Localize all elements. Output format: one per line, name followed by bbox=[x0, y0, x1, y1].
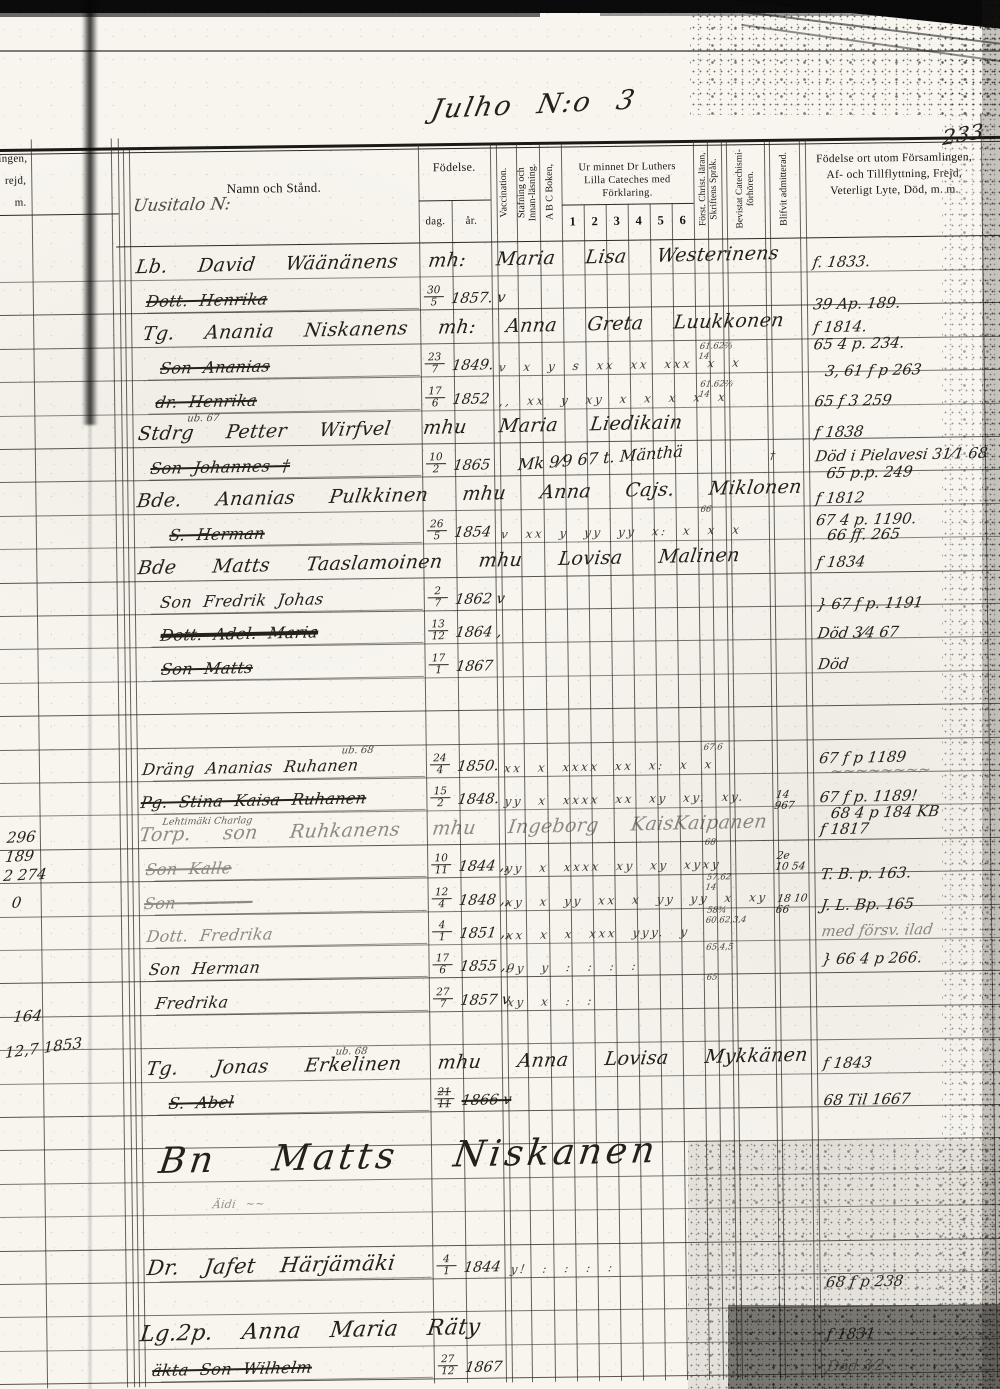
entry-birth-year: 1855 ,, bbox=[459, 958, 512, 975]
entry-name: Dr. Jafet Härjämäki bbox=[146, 1251, 397, 1280]
column-rule bbox=[118, 138, 135, 1387]
entry-birth-day: 152 bbox=[430, 786, 450, 808]
facing-page-fragment: lingen, rejd, m. bbox=[0, 148, 27, 214]
entry-note: med försv. ilad bbox=[820, 920, 934, 940]
entry-name: Dräng Ananias Ruhanen bbox=[141, 755, 360, 779]
column-header-vaccination: Vaccination. bbox=[499, 148, 511, 238]
entry-birth-year: 1864 , bbox=[454, 624, 502, 641]
margin-note: 164 bbox=[12, 1006, 43, 1025]
column-rule bbox=[31, 140, 48, 1389]
entry-name: Son Matts bbox=[160, 658, 254, 679]
entry-birth-day: 41 bbox=[436, 1254, 456, 1276]
entry-birth-year: 1867 bbox=[455, 658, 494, 675]
entry-birth-day: 237 bbox=[425, 352, 445, 374]
page-title: Julho N:o 3 bbox=[429, 85, 640, 126]
catechism-subcolumn-6: 6 bbox=[672, 205, 694, 237]
entry-catechism-exam-dates: 68 bbox=[704, 838, 749, 848]
entry-birth-year: 1857 v bbox=[459, 992, 511, 1009]
entry-birth-year: 1848. bbox=[457, 791, 501, 808]
entry-birth-year: 1844 bbox=[463, 1259, 502, 1276]
column-header-birth: Födelse. bbox=[418, 160, 490, 176]
entry-birth-day: 27 bbox=[428, 586, 448, 608]
entry-name: Pg. Stina Kaisa Ruhanen bbox=[140, 788, 368, 812]
entry-admitted-mark: † bbox=[769, 450, 811, 462]
scan-horizontal-line bbox=[0, 50, 1000, 52]
entry-catechism-exam-dates: 58¾ 60.62,3,4 bbox=[705, 906, 752, 926]
entry-note: f 1817 bbox=[819, 819, 870, 838]
entry-birth-day: 102 bbox=[426, 452, 446, 474]
entry-note: f 1843 bbox=[822, 1053, 873, 1072]
entry-birth-day: 2712 bbox=[438, 1354, 458, 1376]
catechism-subcolumn-2: 2 bbox=[584, 206, 606, 238]
column-header-spelling: Stafning och Innan-läsning. bbox=[516, 147, 538, 237]
catechism-subcolumn-4: 4 bbox=[628, 205, 650, 237]
entry-name: Son Herman bbox=[148, 958, 262, 979]
entry-birth-day: 265 bbox=[427, 519, 447, 541]
entry-note: } 67 f p. 1191 bbox=[816, 593, 924, 613]
margin-note: 0 bbox=[11, 893, 23, 911]
entry-name: Lg.2p. Anna Maria Räty bbox=[139, 1315, 482, 1347]
entry-birth-day: 1011 bbox=[431, 853, 451, 875]
entry-exam-marks: xy x : : bbox=[506, 994, 595, 1010]
entry-birth-year: 1866 v bbox=[460, 1092, 512, 1109]
entry-birth-year: 1865 bbox=[452, 457, 491, 474]
entry-note: 68 f p 238 bbox=[825, 1272, 905, 1292]
notes-header-line: Veterligt Lyte, Död, m. m. bbox=[807, 181, 981, 199]
entry-birth-day: 41 bbox=[432, 920, 452, 942]
entry-birth-day: 124 bbox=[432, 887, 452, 909]
entry-note: 39 Ap. 189. bbox=[812, 294, 902, 314]
ruled-line bbox=[0, 1304, 1000, 1318]
entry-note: Död 3⁄2 bbox=[826, 1356, 886, 1375]
ruled-line bbox=[0, 1037, 1000, 1051]
entry-birth-day: 1312 bbox=[428, 619, 448, 641]
entry-birth-year: 1849. bbox=[451, 357, 495, 374]
scanned-parish-register-page: Julho N:o 3 lingen, rejd, m. Namn och St… bbox=[0, 0, 1000, 1389]
catechism-subcolumn-3: 3 bbox=[606, 206, 628, 238]
entry-exam-marks: xx x x xxx yyy. y bbox=[505, 925, 690, 943]
ruled-line bbox=[0, 1237, 1000, 1251]
entry-admitted-mark: 18 10 66 bbox=[775, 893, 818, 916]
sheet: Julho N:o 3 lingen, rejd, m. Namn och St… bbox=[0, 0, 1000, 1389]
binding-crease-faint bbox=[87, 425, 93, 1389]
entry-birth-day: 171 bbox=[428, 653, 448, 675]
entry-name: äkta Son Wilhelm bbox=[151, 1358, 313, 1381]
entry-note: f 1838 bbox=[814, 422, 865, 441]
binding-crease bbox=[82, 0, 98, 425]
ruled-line bbox=[0, 1204, 1000, 1218]
entry-birth-year: 1867 bbox=[464, 1359, 503, 1376]
catechism-subcolumn-5: 5 bbox=[650, 205, 672, 237]
entry-note: 65 4 p. 234. bbox=[813, 333, 906, 353]
entry-name: Son ———— bbox=[143, 892, 254, 913]
column-header-abc-book: A B C Boken, bbox=[545, 147, 557, 237]
entry-admitted-mark: 2e 10 54 bbox=[774, 850, 817, 873]
entry-exam-marks: yy x xxxx xx xy xy. xy. bbox=[504, 790, 747, 809]
entry-name: Dott. Fredrika bbox=[145, 924, 274, 946]
entry-note: T. B. p. 163. bbox=[820, 863, 913, 883]
ruled-line bbox=[0, 670, 1000, 684]
entry-note: } 66 4 p 266. bbox=[821, 948, 924, 968]
entry-name: Son Johannes † bbox=[149, 456, 291, 478]
entry-birth-year: 1844 ,, bbox=[457, 858, 510, 875]
entry-annotation-sup: ub. 68 bbox=[341, 745, 374, 757]
margin-note: 2 274 bbox=[2, 865, 47, 885]
entry-name: Son Ananias bbox=[159, 356, 272, 377]
entry-note: 68 Til 1667 bbox=[822, 1090, 911, 1110]
entry-catechism-exam-dates: 61.62⅔ 14 bbox=[698, 380, 745, 400]
entry-note-2: ~~~~~~~~ bbox=[829, 760, 932, 780]
entry-name: Äidi ~~ bbox=[212, 1197, 266, 1211]
catechism-subcolumn-1: 1 bbox=[562, 206, 584, 238]
entry-note: J. L. Bp. 165 bbox=[820, 894, 915, 914]
column-header-catechism: Ur minnet Dr Luthers Lilla Cateches med … bbox=[561, 147, 694, 201]
column-header-birth-day: dag. bbox=[419, 215, 452, 227]
entry-note-2: 66 ff. 265 bbox=[826, 525, 901, 544]
entry-note: Död bbox=[817, 655, 850, 674]
fragment-line: m. bbox=[0, 192, 27, 214]
entry-birth-year: 1857. v bbox=[450, 290, 507, 307]
entry-note: f 1812 bbox=[815, 488, 866, 507]
entry-name: Fredrika bbox=[154, 992, 230, 1013]
entry-exam-marks: yy x xxxx xy xy xyxy bbox=[504, 857, 722, 875]
entry-name: Dott. Adel. Maria bbox=[159, 622, 319, 644]
entry-note-2: 65 p.p. 249 bbox=[825, 462, 914, 482]
entry-note: f. 1833. bbox=[812, 252, 872, 271]
entry-note-2: 3, 61 f p 263 bbox=[824, 360, 923, 380]
entry-admitted-mark: 14 967 bbox=[774, 789, 817, 812]
entry-exam-marks: y! : : : : bbox=[510, 1260, 616, 1276]
entry-birth-year: 1848 ,, bbox=[458, 892, 511, 909]
entry-birth-day: 277 bbox=[433, 987, 453, 1009]
birth-header-divider bbox=[419, 200, 491, 202]
entry-catechism-exam-dates: 57.62 14 bbox=[705, 873, 752, 893]
fragment-line: rejd, bbox=[0, 170, 26, 192]
entry-birth-day: 2111 bbox=[434, 1087, 454, 1109]
entry-name: Son Fredrik Johas bbox=[159, 589, 325, 612]
column-header-admitted: Blifvit admitterad. bbox=[779, 143, 791, 235]
entry-catechism-exam-dates: 67.6 bbox=[703, 743, 748, 753]
entry-catechism-exam-dates: 66 bbox=[700, 505, 745, 515]
column-header-notes: Födelse ort utom Församlingen, Af- och T… bbox=[807, 149, 982, 199]
entry-birth-year: 1854 bbox=[453, 524, 492, 541]
entry-exam-marks: xx x xxxx xx x: x x bbox=[503, 757, 715, 775]
column-header-attended-examinations: Bevistat Catechismi- förhören. bbox=[734, 143, 756, 235]
entry-note: f 1831 bbox=[826, 1324, 877, 1343]
column-header-birth-year: år. bbox=[452, 215, 491, 228]
entry-birth-year: 1862 v bbox=[454, 591, 506, 608]
entry-name: Dott. Henrika bbox=[145, 289, 269, 311]
entry-birth-day: 176 bbox=[425, 386, 445, 408]
entry-name: dr. Henrika bbox=[154, 391, 258, 412]
entry-note: 65 f 3 259 bbox=[813, 391, 893, 411]
village-heading: Uusitalo N: bbox=[132, 194, 232, 216]
entry-name: S. Abel bbox=[167, 1092, 235, 1112]
entry-note: f 1834 bbox=[815, 552, 866, 571]
entry-note: Död 3⁄4 67 bbox=[816, 623, 899, 643]
entry-catechism-exam-dates: 65,4,5 bbox=[705, 943, 750, 953]
entry-birth-day: 244 bbox=[430, 753, 450, 775]
entry-birth-year: 1851 ,, bbox=[458, 925, 511, 942]
margin-note: 296 bbox=[6, 828, 37, 847]
entry-annotation-sup: ub. 68 bbox=[335, 1046, 368, 1058]
entry-catechism-exam-dates: 61.62⅔ 14 bbox=[698, 342, 745, 362]
entry-birth-year: 1850. bbox=[456, 758, 500, 775]
entry-name: S. Herman bbox=[168, 524, 266, 545]
margin-header-rule bbox=[0, 213, 119, 216]
entry-birth-day: 176 bbox=[432, 953, 452, 975]
scan-top-edge-ragged bbox=[0, 13, 540, 17]
margin-note: 189 bbox=[4, 847, 35, 866]
entry-annotation-sup: ub. 67 bbox=[186, 413, 219, 425]
ruled-line bbox=[0, 703, 1000, 717]
entry-exam-marks: v xx y yy yy x: x x x bbox=[500, 523, 742, 542]
entry-catechism-exam-dates: 65 bbox=[706, 973, 751, 983]
header-bottom-rule bbox=[116, 235, 1000, 248]
entry-name: Bn Matts Niskanen bbox=[156, 1130, 661, 1182]
entry-birth-day: 305 bbox=[424, 285, 444, 307]
entry-exam-marks: 9y y : : : : bbox=[506, 959, 639, 976]
entry-name: Son Kalle bbox=[144, 858, 233, 879]
entry-birth-year: 1852 bbox=[451, 391, 490, 408]
